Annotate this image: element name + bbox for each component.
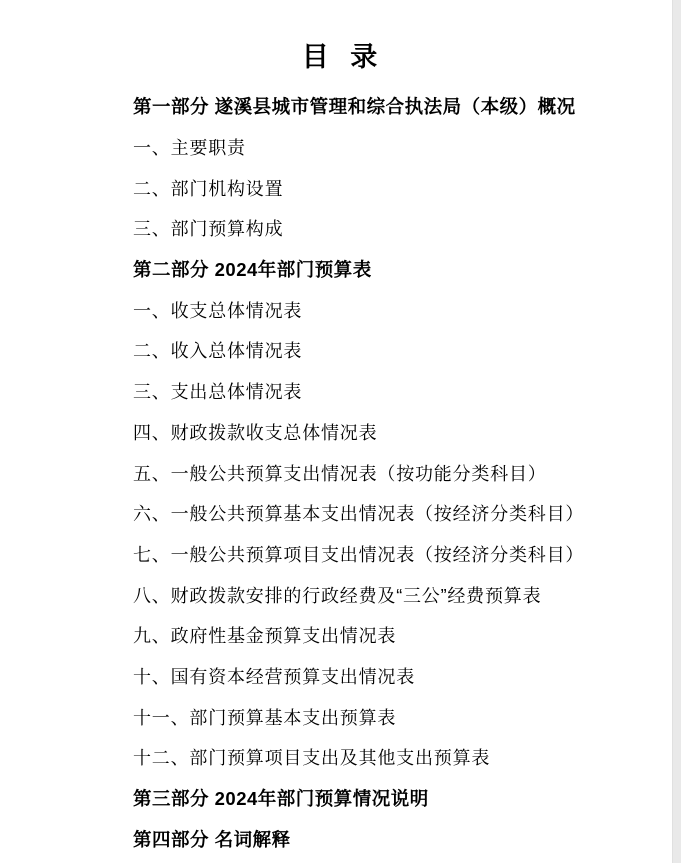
toc-section-heading: 第二部分 2024年部门预算表	[133, 249, 641, 290]
toc-item: 十、国有资本经营预算支出情况表	[133, 656, 641, 697]
toc-section-heading: 第四部分 名词解释	[133, 818, 641, 859]
toc-item: 二、部门机构设置	[133, 167, 641, 208]
toc-item: 四、财政拨款收支总体情况表	[133, 412, 641, 453]
toc-item: 五、一般公共预算支出情况表（按功能分类科目）	[133, 452, 641, 493]
toc-item: 一、收支总体情况表	[133, 289, 641, 330]
toc-item: 七、一般公共预算项目支出情况表（按经济分类科目）	[133, 534, 641, 575]
toc-list: 第一部分 遂溪县城市管理和综合执法局（本级）概况一、主要职责二、部门机构设置三、…	[0, 86, 681, 859]
toc-section-heading: 第三部分 2024年部门预算情况说明	[133, 778, 641, 819]
toc-item: 六、一般公共预算基本支出情况表（按经济分类科目）	[133, 493, 641, 534]
toc-section-heading: 第一部分 遂溪县城市管理和综合执法局（本级）概况	[133, 86, 641, 127]
toc-item: 三、部门预算构成	[133, 208, 641, 249]
toc-item: 三、支出总体情况表	[133, 371, 641, 412]
toc-item: 十二、部门预算项目支出及其他支出预算表	[133, 737, 641, 778]
document-page: 目 录 第一部分 遂溪县城市管理和综合执法局（本级）概况一、主要职责二、部门机构…	[0, 0, 681, 863]
toc-title: 目 录	[0, 42, 681, 72]
page-right-gutter	[672, 0, 681, 863]
toc-item: 九、政府性基金预算支出情况表	[133, 615, 641, 656]
toc-item: 八、财政拨款安排的行政经费及“三公”经费预算表	[133, 574, 641, 615]
toc-item: 二、收入总体情况表	[133, 330, 641, 371]
toc-item: 十一、部门预算基本支出预算表	[133, 696, 641, 737]
toc-item: 一、主要职责	[133, 127, 641, 168]
